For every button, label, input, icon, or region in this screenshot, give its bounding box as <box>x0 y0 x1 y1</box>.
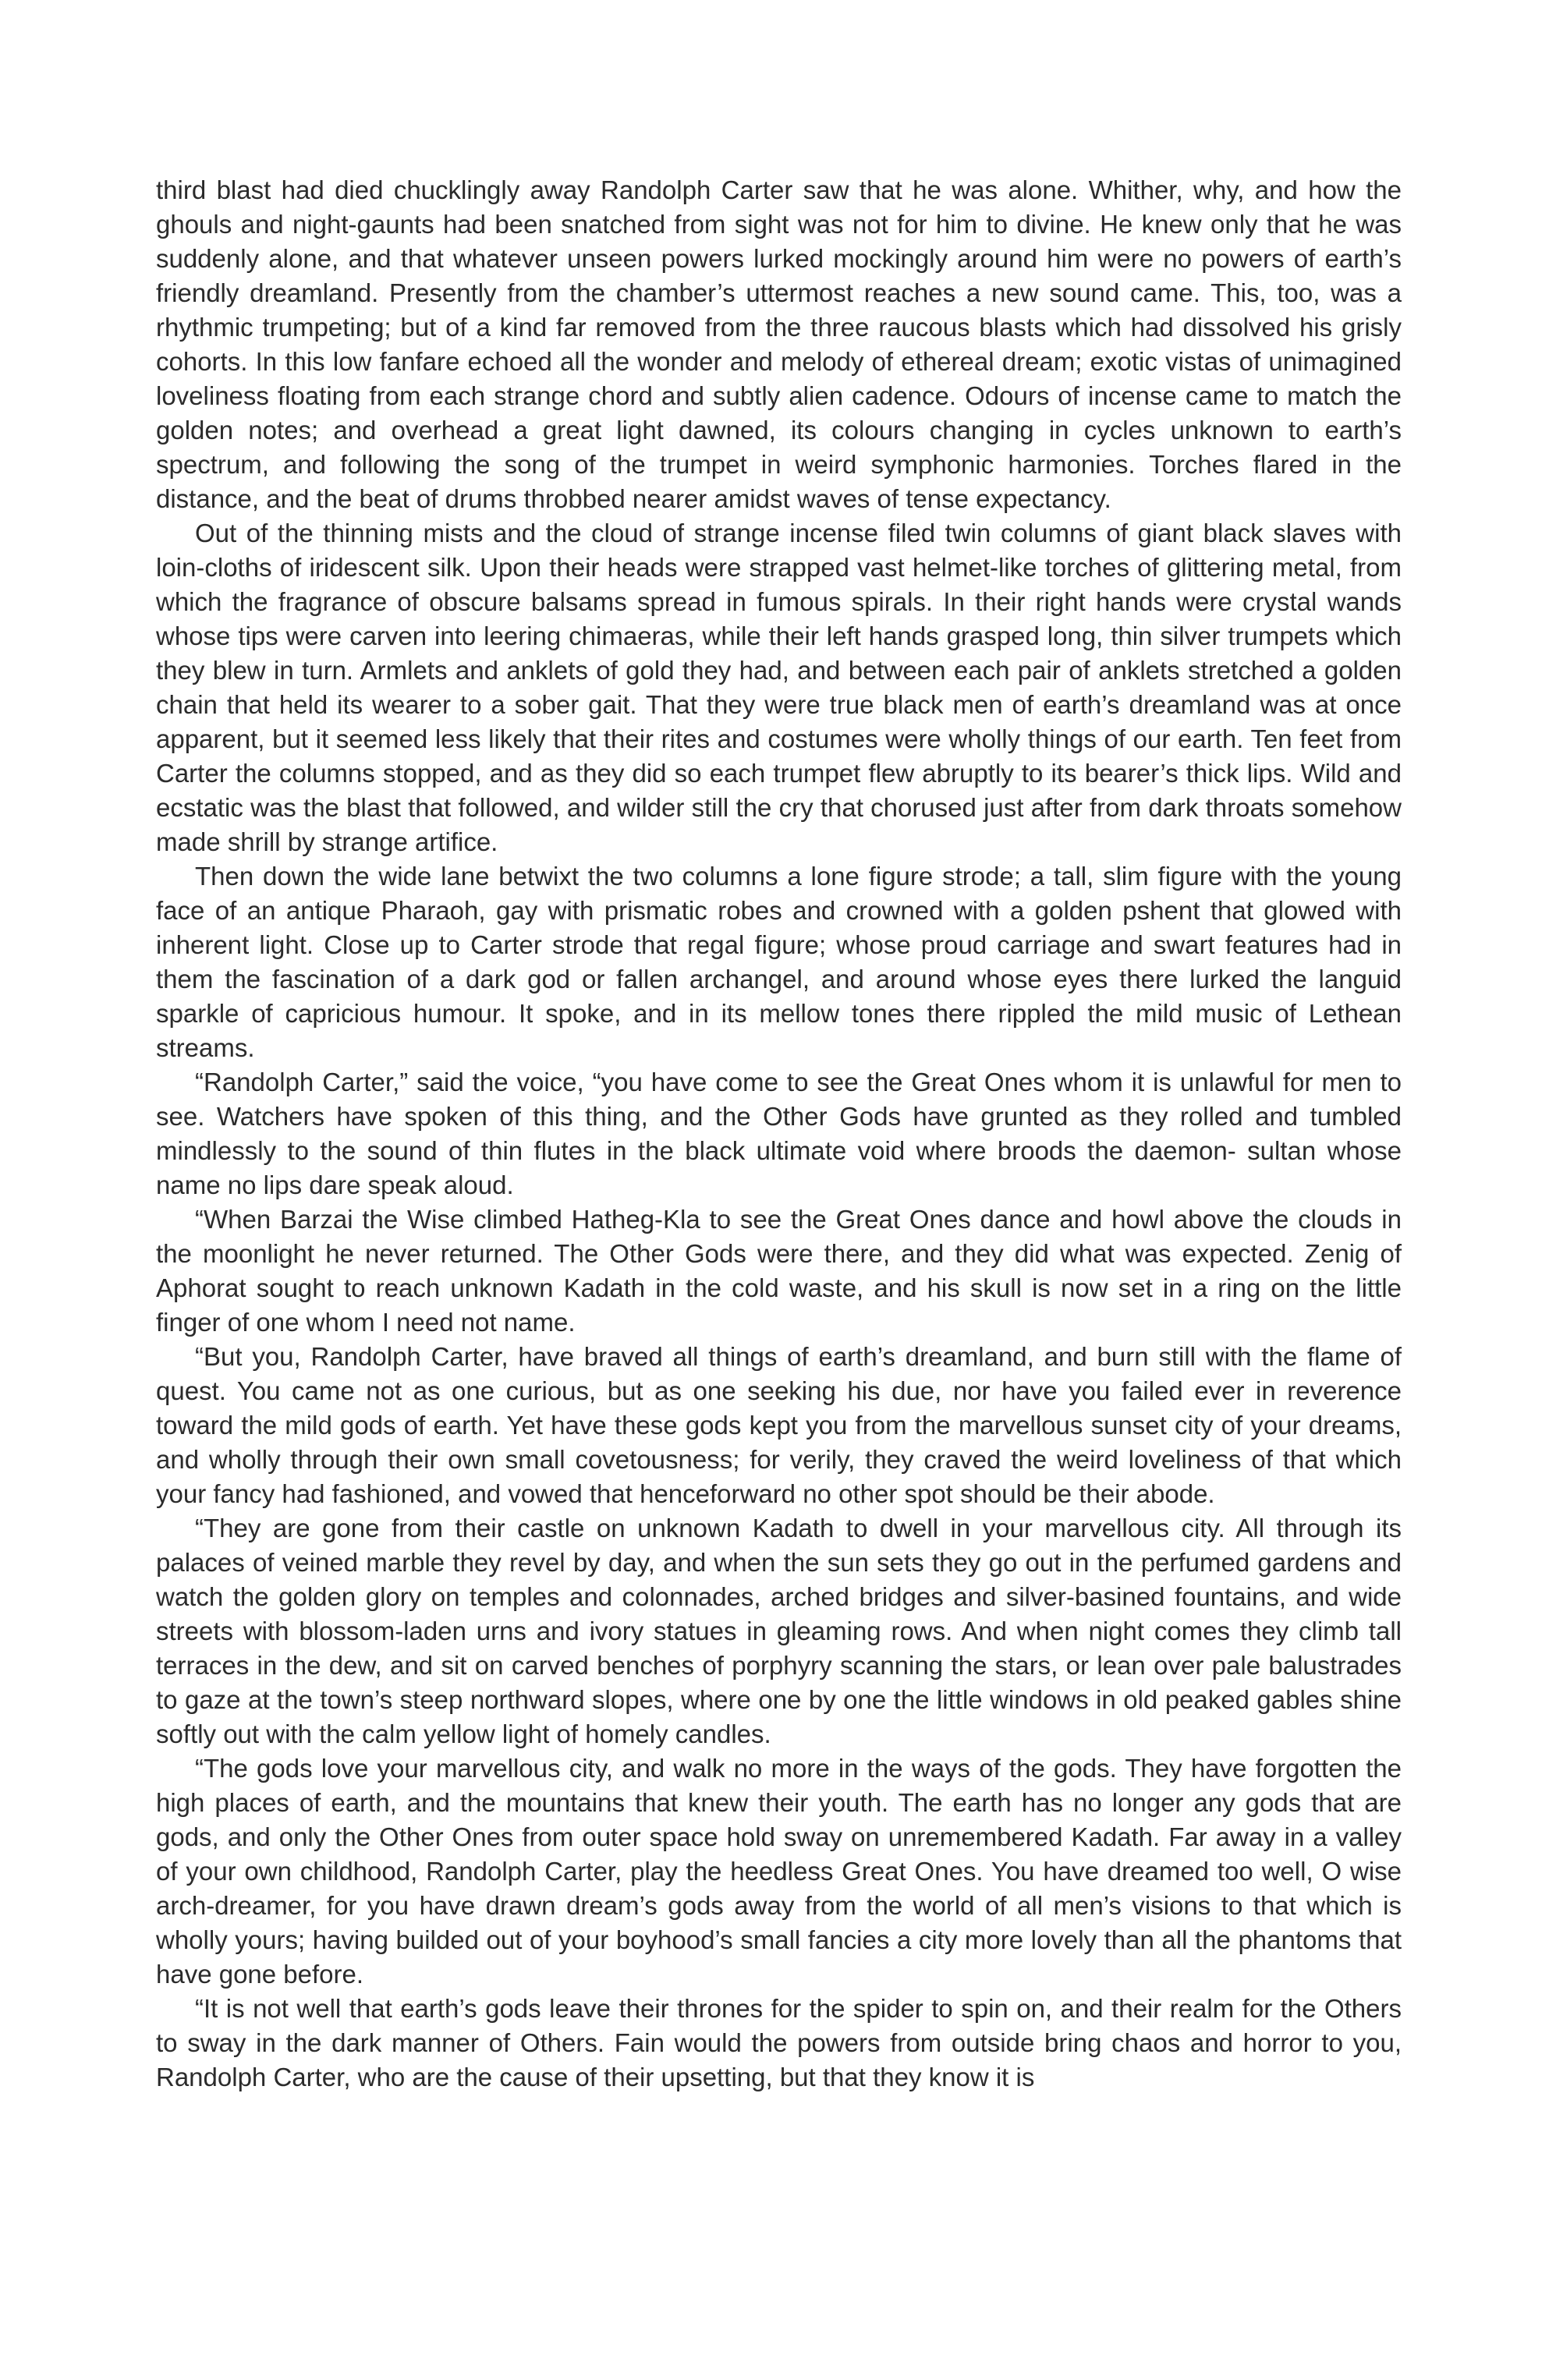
paragraph: Out of the thinning mists and the cloud … <box>156 516 1402 859</box>
paragraph: “They are gone from their castle on unkn… <box>156 1511 1402 1751</box>
paragraph: “When Barzai the Wise climbed Hatheg-Kla… <box>156 1202 1402 1340</box>
paragraph: Then down the wide lane betwixt the two … <box>156 859 1402 1065</box>
paragraph: “The gods love your marvellous city, and… <box>156 1751 1402 1992</box>
book-page: third blast had died chucklingly away Ra… <box>0 0 1549 2380</box>
paragraph: “It is not well that earth’s gods leave … <box>156 1992 1402 2095</box>
paragraph: “Randolph Carter,” said the voice, “you … <box>156 1065 1402 1202</box>
text-column: third blast had died chucklingly away Ra… <box>156 173 1402 2095</box>
paragraph: third blast had died chucklingly away Ra… <box>156 173 1402 516</box>
paragraph: “But you, Randolph Carter, have braved a… <box>156 1340 1402 1511</box>
